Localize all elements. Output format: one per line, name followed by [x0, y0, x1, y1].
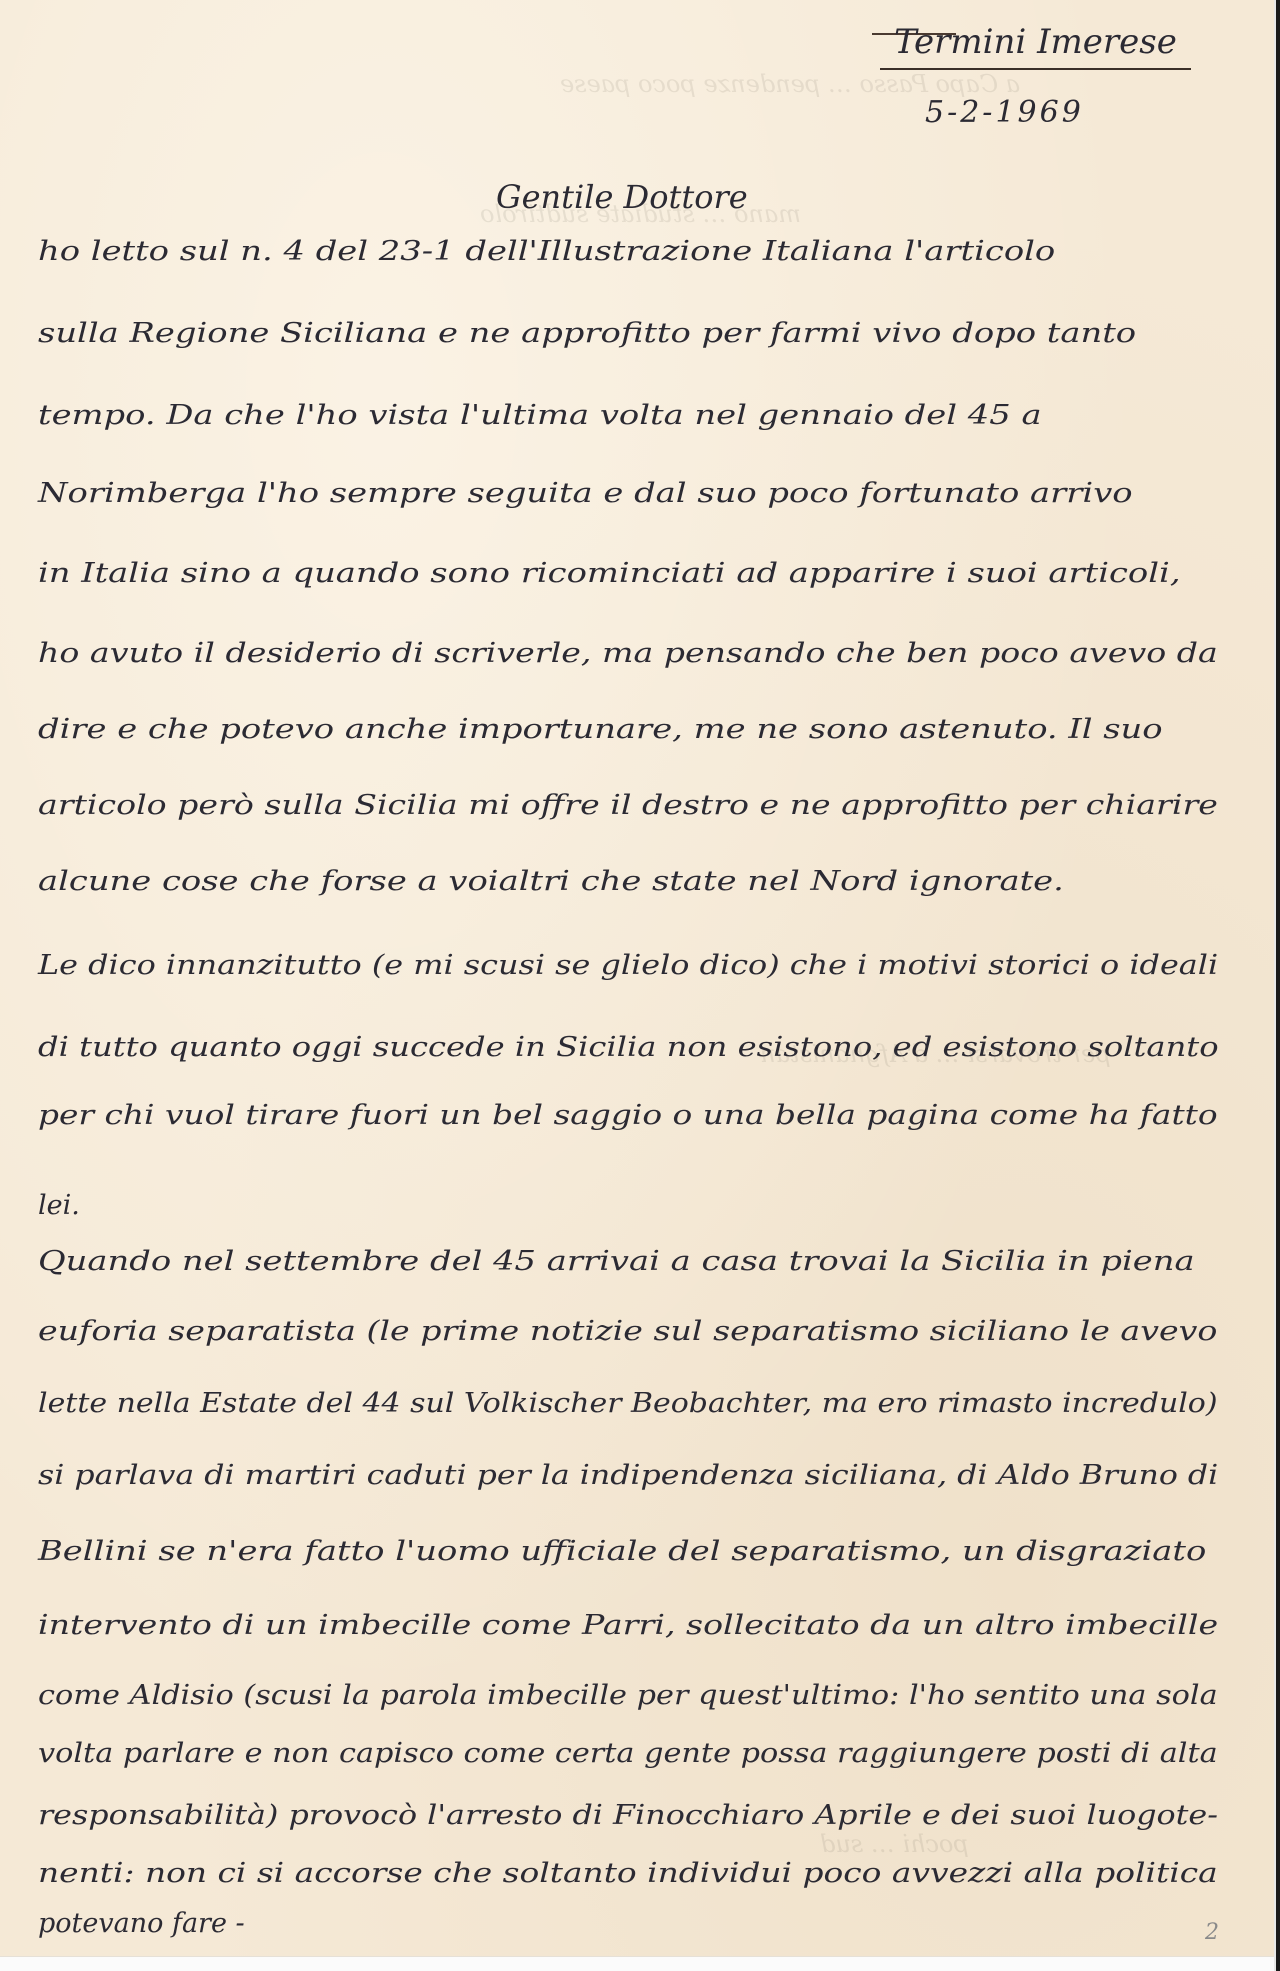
letter-place: Termini Imerese [880, 22, 1191, 70]
letter-line: si parlava di martiri caduti per la indi… [38, 1460, 1218, 1491]
letter-line: intervento di un imbecille come Parri, s… [38, 1610, 1218, 1641]
letter-line: Le dico innanzitutto (e mi scusi se glie… [38, 950, 1218, 981]
bleed-through-text: a Capo Passo … pendenze poco paese [560, 70, 1020, 98]
bleed-through-text: pochi … sud [820, 1830, 969, 1858]
scan-right-border [1274, 0, 1280, 1971]
letter-line: lei. [38, 1190, 80, 1221]
letter-line: volta parlare e non capisco come certa g… [38, 1738, 1218, 1769]
letter-line: articolo però sulla Sicilia mi offre il … [38, 790, 1218, 821]
letter-line: di tutto quanto oggi succede in Sicilia … [38, 1032, 1219, 1063]
letter-line: responsabilità) provocò l'arresto di Fin… [38, 1800, 1218, 1831]
letter-salutation: Gentile Dottore [496, 178, 748, 216]
scan-bottom-margin [0, 1956, 1274, 1971]
letter-line: Bellini se n'era fatto l'uomo ufficiale … [38, 1536, 1206, 1567]
letter-line: euforia separatista (le prime notizie su… [38, 1316, 1217, 1347]
letter-date: 5-2-1969 [925, 95, 1084, 130]
letter-line: dire e che potevo anche importunare, me … [38, 714, 1163, 745]
page-number: 2 [1205, 1920, 1219, 1945]
letter-line: per chi vuol tirare fuori un bel saggio … [38, 1100, 1218, 1131]
letter-line: nenti: non ci si accorse che soltanto in… [38, 1858, 1218, 1889]
letter-line: lette nella Estate del 44 sul Volkischer… [38, 1388, 1218, 1419]
letter-line: ho letto sul n. 4 del 23-1 dell'Illustra… [38, 236, 1055, 267]
letter-line: Quando nel settembre del 45 arrivai a ca… [38, 1246, 1195, 1277]
letter-line: in Italia sino a quando sono ricominciat… [38, 558, 1181, 589]
letter-line: alcune cose che forse a voialtri che sta… [38, 866, 1064, 897]
letter-line: sulla Regione Siciliana e ne approfitto … [38, 318, 1136, 349]
letter-line: ho avuto il desiderio di scriverle, ma p… [38, 638, 1218, 669]
letter-line: Norimberga l'ho sempre seguita e dal suo… [38, 478, 1133, 509]
letter-line: tempo. Da che l'ho vista l'ultima volta … [38, 400, 1042, 431]
letter-line: potevano fare - [38, 1908, 245, 1939]
letter-line: come Aldisio (scusi la parola imbecille … [38, 1680, 1218, 1711]
